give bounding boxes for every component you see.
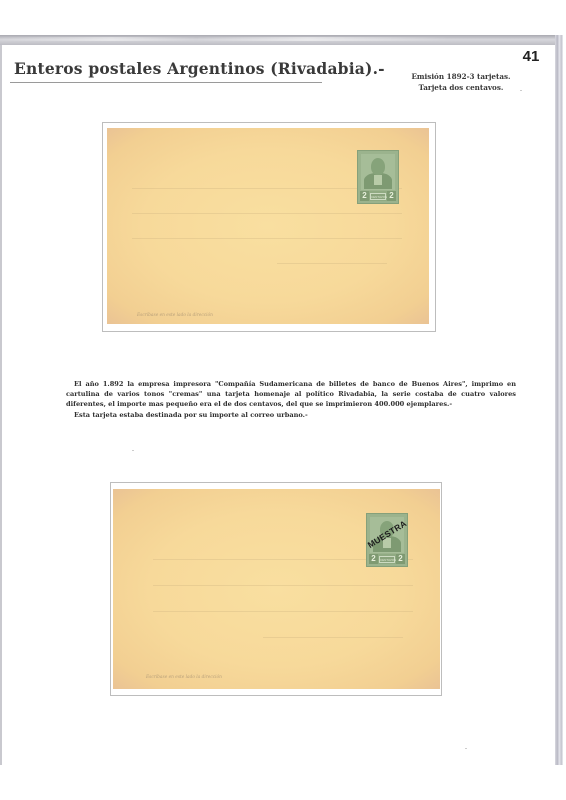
address-line (263, 637, 403, 638)
subtitle-line-issue: Emisión 1892-3 tarjetas. (396, 72, 526, 83)
stamp-value-right: 2 (396, 554, 405, 564)
address-line (153, 611, 413, 612)
address-line (132, 213, 402, 214)
page-title: Enteros postales Argentinos (Rivadabia).… (14, 59, 385, 78)
page-top-edge (0, 35, 560, 45)
stamp-label: CENTAVOS (370, 193, 386, 200)
address-hint: Escríbase en este lado la dirección (137, 313, 213, 318)
stamp-value-right: 2 (387, 191, 396, 201)
address-line (132, 238, 402, 239)
portrait-head (371, 158, 385, 175)
title-underline (10, 82, 322, 83)
rivadavia-stamp: 2 CENTAVOS 2 (357, 150, 399, 204)
stamp-label: CENTAVOS (379, 556, 395, 563)
address-hint: Escríbase en este lado la dirección (146, 675, 222, 680)
address-line (153, 585, 413, 586)
postal-card-muestra: Escríbase en este lado la dirección 2 CE… (113, 489, 440, 689)
rivadavia-stamp-specimen: 2 CENTAVOS 2 MUESTRA (366, 513, 408, 567)
page-number: 41 (513, 46, 549, 68)
paper-speck (520, 90, 522, 91)
paper-speck (465, 748, 467, 749)
subtitle-line-card: Tarjeta dos centavos. (396, 83, 526, 94)
page-sleeve-edge (555, 35, 563, 765)
issue-subtitle: Emisión 1892-3 tarjetas. Tarjeta dos cen… (396, 72, 526, 93)
description-paragraph: Esta tarjeta estaba destinada por su imp… (66, 410, 516, 420)
address-line (277, 263, 387, 264)
paper-speck (132, 450, 134, 451)
stamp-value-left: 2 (369, 554, 378, 564)
postal-card-plain: Escríbase en este lado la dirección 2 CE… (107, 128, 429, 324)
description-text: El año 1.892 la empresa impresora "Compa… (66, 379, 516, 420)
description-paragraph: El año 1.892 la empresa impresora "Compa… (66, 379, 516, 410)
page-left-edge (0, 45, 2, 765)
stamp-value-left: 2 (360, 191, 369, 201)
portrait-collar (374, 175, 382, 185)
